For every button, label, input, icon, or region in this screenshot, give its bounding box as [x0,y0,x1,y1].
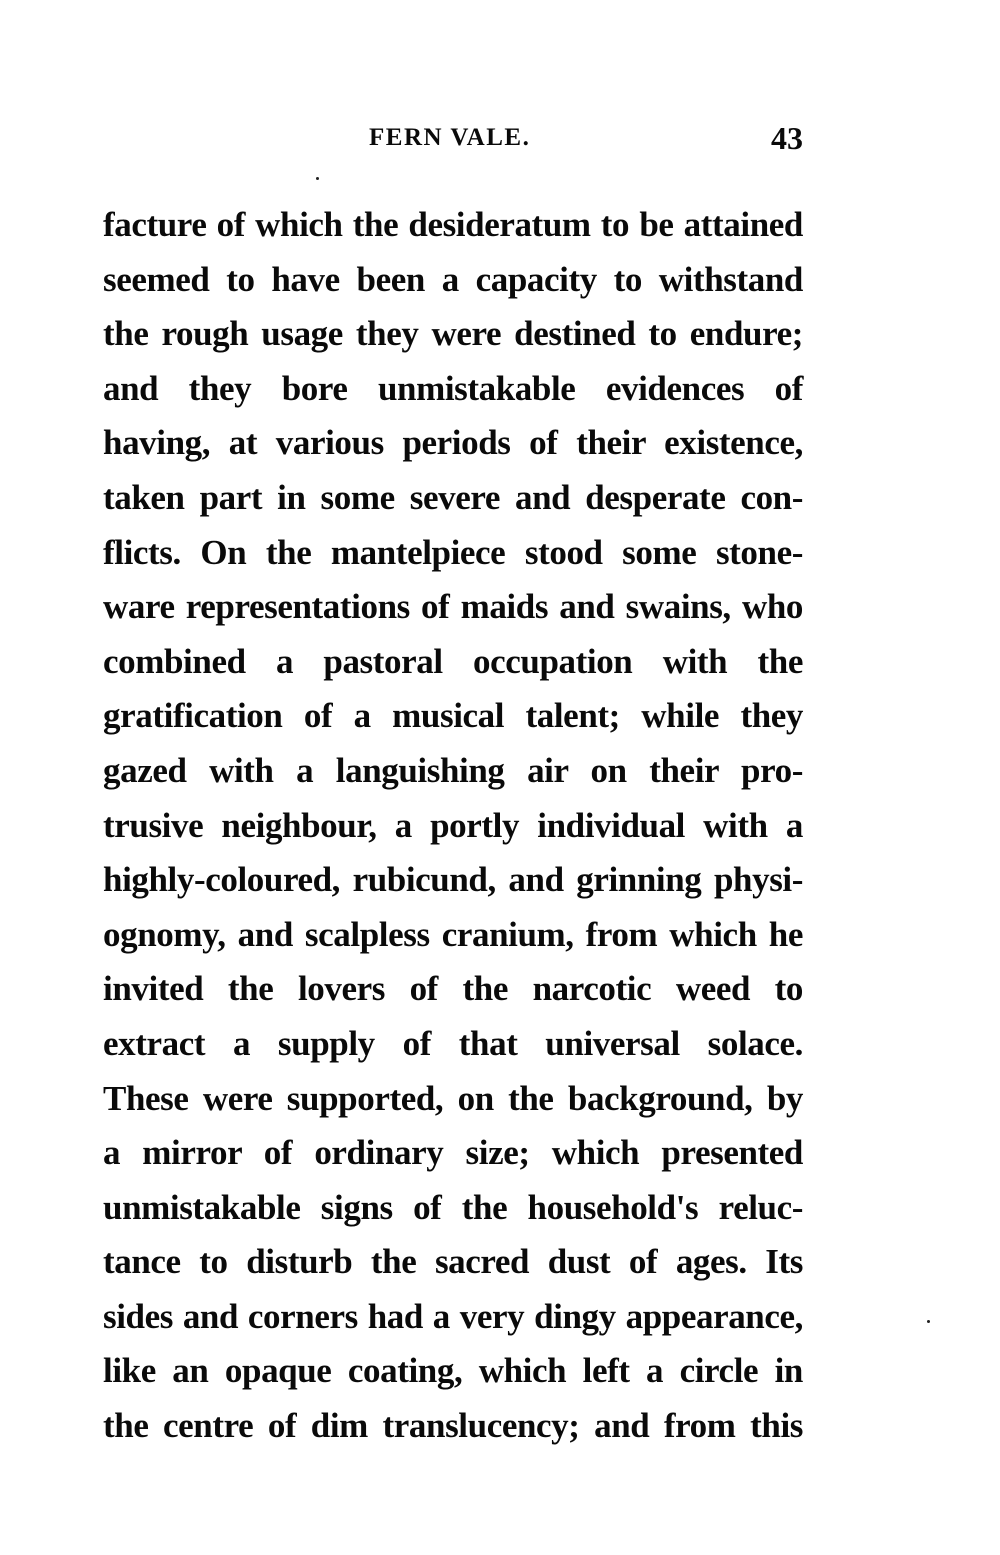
text-line: taken part in some severe and desperate … [103,471,803,526]
text-line: seemed to have been a capacity to withst… [103,253,803,308]
text-line: a mirror of ordinary size; which present… [103,1126,803,1181]
text-line: These were supported, on the background,… [103,1072,803,1127]
book-page: FERN VALE. 43 facture of which the desid… [0,0,1000,1555]
text-line: highly-coloured, rubicund, and grinning … [103,853,803,908]
print-speck [927,1320,930,1323]
print-speck [316,177,319,180]
text-line: facture of which the desideratum to be a… [103,198,803,253]
text-line: combined a pastoral occupation with the [103,635,803,690]
text-line: having, at various periods of their exis… [103,416,803,471]
text-line: tance to disturb the sacred dust of ages… [103,1235,803,1290]
text-line: the rough usage they were destined to en… [103,307,803,362]
running-title: FERN VALE. [369,124,530,152]
body-text: facture of which the desideratum to be a… [103,198,803,1454]
text-line: invited the lovers of the narcotic weed … [103,962,803,1017]
text-line: the centre of dim translucency; and from… [103,1399,803,1454]
text-line: ware representations of maids and swains… [103,580,803,635]
text-line: trusive neighbour, a portly individual w… [103,799,803,854]
text-line: ognomy, and scalpless cranium, from whic… [103,908,803,963]
text-line: extract a supply of that universal solac… [103,1017,803,1072]
text-line: sides and corners had a very dingy appea… [103,1290,803,1345]
running-head: FERN VALE. 43 [103,122,803,162]
text-line: flicts. On the mantelpiece stood some st… [103,526,803,581]
text-line: and they bore unmistakable evidences of [103,362,803,417]
text-line: gratification of a musical talent; while… [103,689,803,744]
text-line: gazed with a languishing air on their pr… [103,744,803,799]
text-line: unmistakable signs of the household's re… [103,1181,803,1236]
page-number: 43 [771,120,803,157]
text-line: like an opaque coating, which left a cir… [103,1344,803,1399]
